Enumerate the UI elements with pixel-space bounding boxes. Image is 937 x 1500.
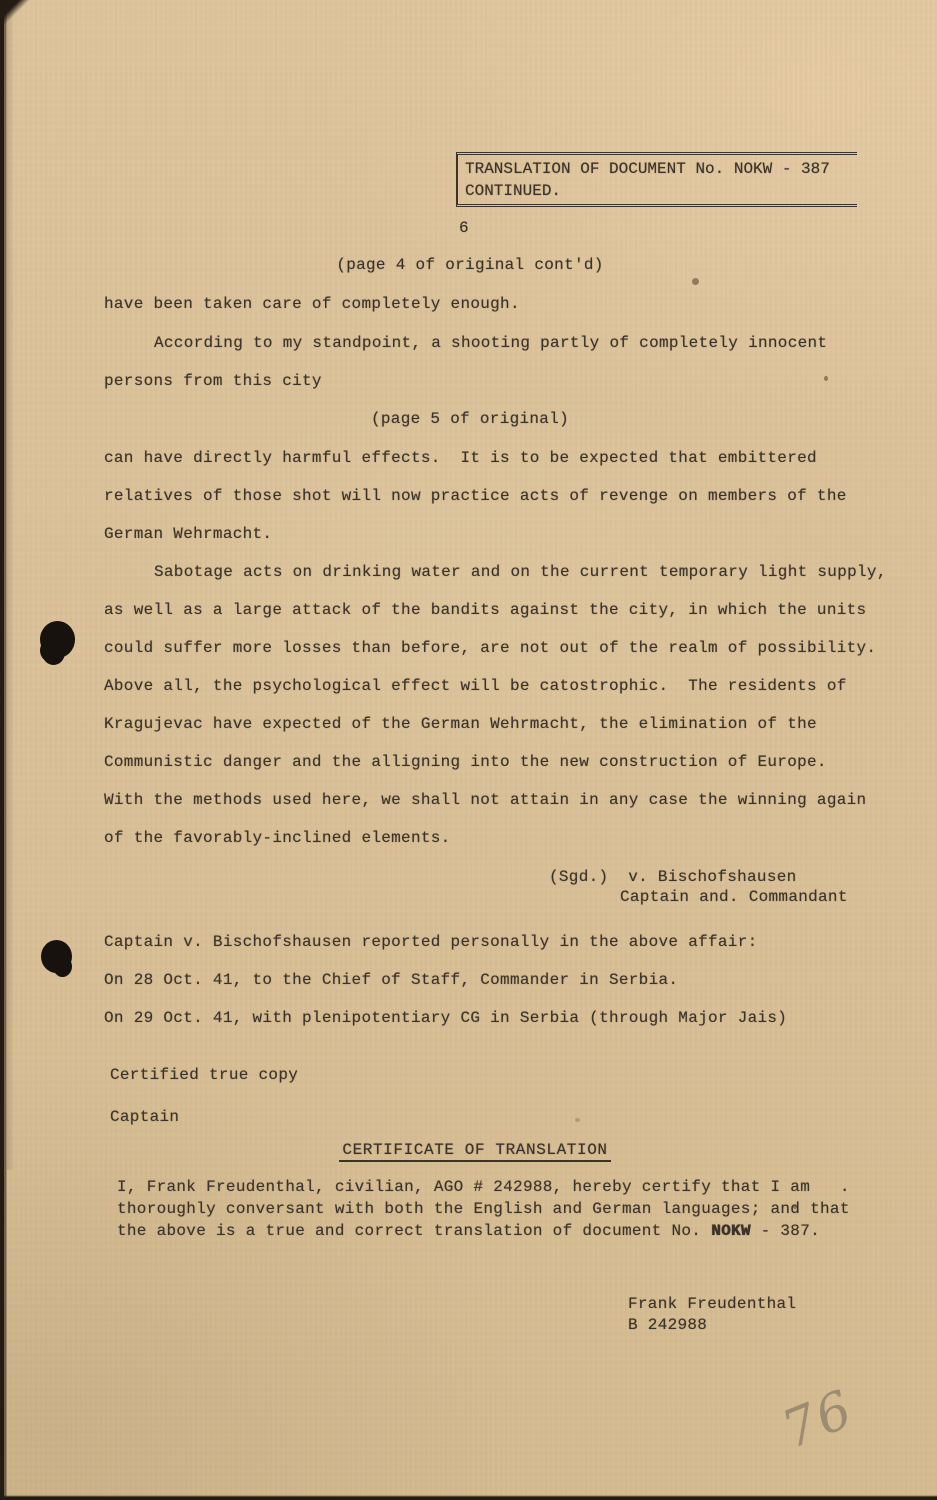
signature-sgd-line: (Sgd.) v. Bischofshausen [549, 868, 797, 886]
body-line: Sabotage acts on drinking water and on t… [154, 563, 887, 581]
certificate-line3-pre: the above is a true and correct translat… [117, 1222, 711, 1240]
header-title-line1: TRANSLATION OF DOCUMENT No. NOKW - 387 [465, 158, 857, 180]
handwritten-page-number: 76 [774, 1379, 862, 1461]
body-line: Kragujevac have expected of the German W… [104, 715, 817, 733]
ink-speck [824, 376, 828, 381]
certified-true-copy: Certified true copy [110, 1066, 298, 1084]
scan-top-left-corner [0, 0, 30, 30]
ink-speck [793, 1205, 797, 1209]
document-header-stamp: TRANSLATION OF DOCUMENT No. NOKW - 387 C… [456, 152, 857, 207]
body-line: Above all, the psychological effect will… [104, 677, 847, 695]
body-line: German Wehrmacht. [104, 525, 272, 543]
certificate-line3-docno: NOKW [711, 1222, 751, 1240]
signoff-id: B 242988 [628, 1316, 707, 1334]
ink-speck [575, 1118, 580, 1122]
body-line: as well as a large attack of the bandits… [104, 601, 866, 619]
ink-speck [692, 278, 699, 285]
body-line: persons from this city [104, 372, 322, 390]
body-line: Communistic danger and the alligning int… [104, 753, 827, 771]
body-line: could suffer more losses than before, ar… [104, 639, 876, 657]
signature-title-line: Captain and. Commandant [620, 888, 848, 906]
certified-captain: Captain [110, 1108, 179, 1126]
certificate-heading-wrap: CERTIFICATE OF TRANSLATION [105, 1141, 845, 1162]
report-line: On 28 Oct. 41, to the Chief of Staff, Co… [104, 971, 678, 989]
certificate-paragraph-line: thoroughly conversant with both the Engl… [117, 1200, 850, 1218]
paper-left-edge-shadow [7, 0, 16, 1170]
hole-punch-top [40, 621, 75, 658]
certificate-line3-post: - 387. [751, 1222, 820, 1240]
certificate-heading: CERTIFICATE OF TRANSLATION [339, 1141, 610, 1162]
certificate-paragraph-line: the above is a true and correct translat… [117, 1222, 820, 1240]
certificate-paragraph-line: I, Frank Freudenthal, civilian, AGO # 24… [117, 1178, 850, 1196]
scan-left-edge [0, 0, 7, 1500]
body-line: With the methods used here, we shall not… [104, 791, 866, 809]
body-line: have been taken care of completely enoug… [104, 295, 520, 313]
body-line: relatives of those shot will now practic… [104, 487, 847, 505]
body-line: of the favorably-inclined elements. [104, 829, 451, 847]
document-scan-page: TRANSLATION OF DOCUMENT No. NOKW - 387 C… [0, 0, 937, 1500]
subheading-page4: (page 4 of original cont'd) [105, 256, 835, 274]
header-title-line2: CONTINUED. [465, 180, 857, 202]
subheading-page5: (page 5 of original) [105, 410, 835, 428]
scan-bottom-edge [0, 1495, 937, 1500]
report-line: On 29 Oct. 41, with plenipotentiary CG i… [104, 1009, 787, 1027]
body-line: can have directly harmful effects. It is… [104, 449, 817, 467]
page-number: 6 [459, 219, 469, 237]
report-line: Captain v. Bischofshausen reported perso… [104, 933, 758, 951]
body-line: According to my standpoint, a shooting p… [154, 334, 827, 352]
hole-punch-bottom [41, 940, 72, 973]
signoff-name: Frank Freudenthal [628, 1295, 796, 1313]
